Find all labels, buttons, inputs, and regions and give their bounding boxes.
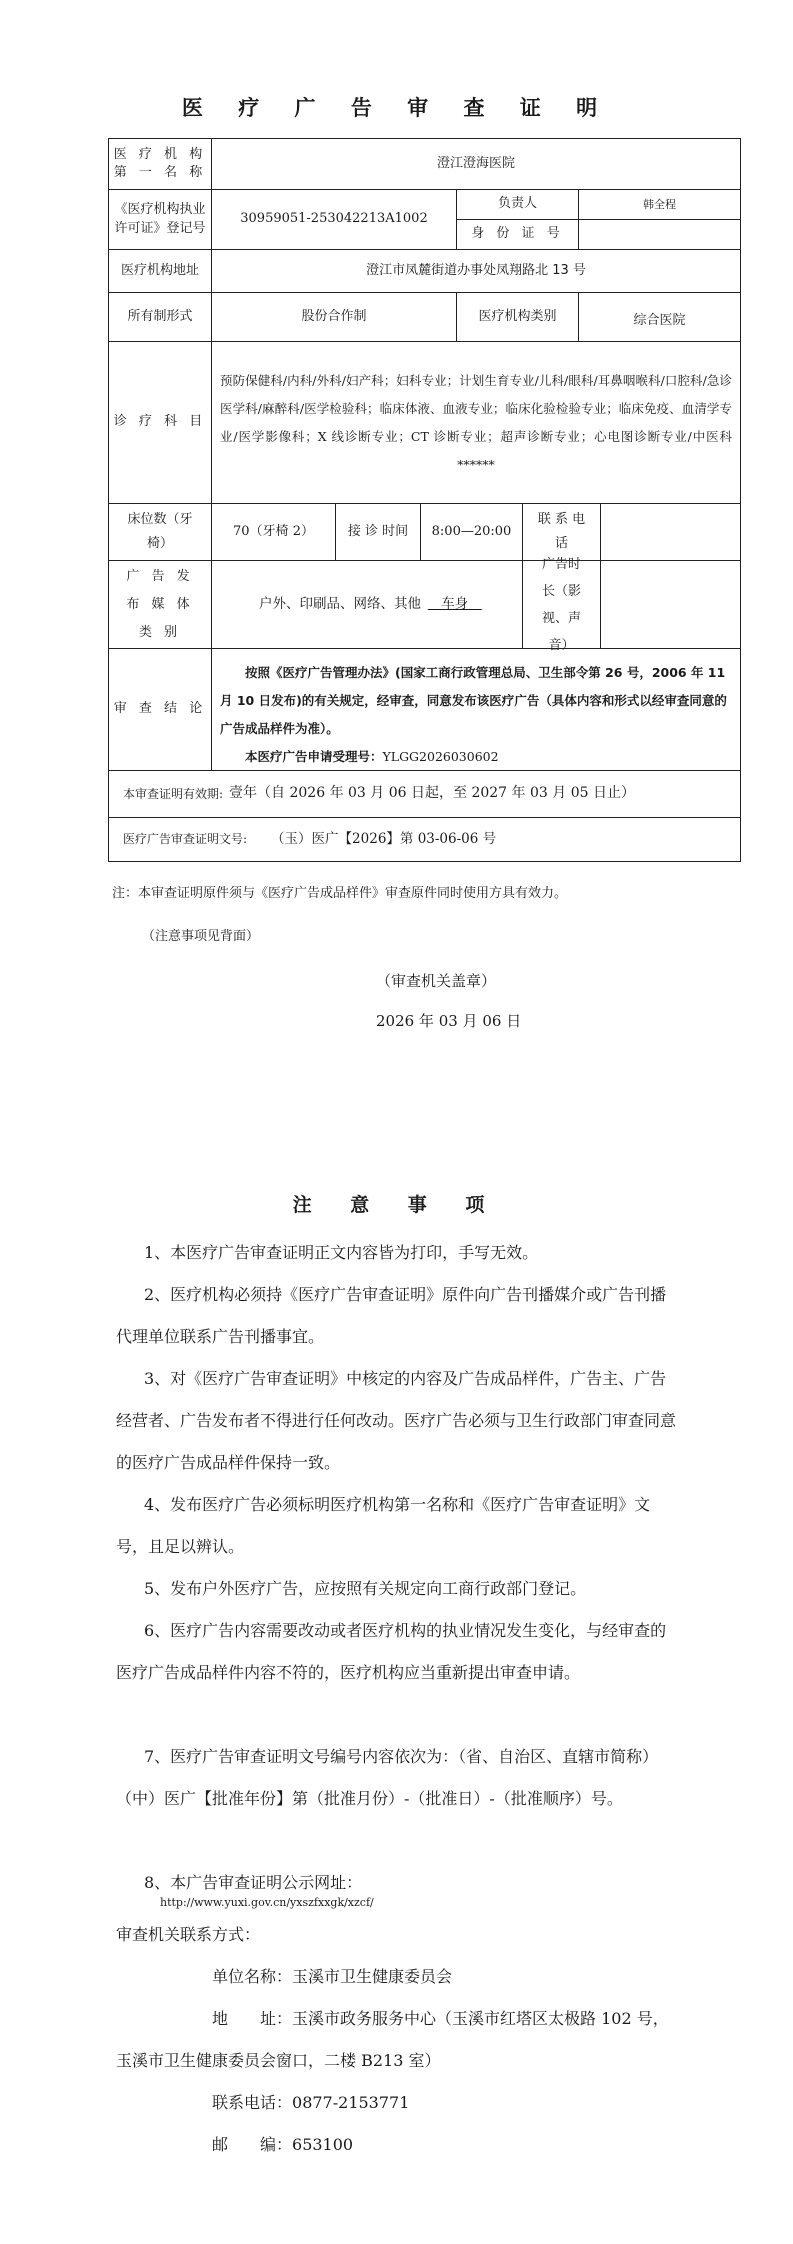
notice-item-7: 7、医疗广告审查证明文号编号内容依次为：（省、自治区、直辖市简称）（中）医广【批… bbox=[116, 1736, 676, 1820]
notice-item-7-text: 7、医疗广告审查证明文号编号内容依次为：（省、自治区、直辖市简称）（中）医广【批… bbox=[116, 1747, 658, 1808]
type-label: 医疗机构类别 bbox=[456, 292, 579, 342]
see-back-text: （注意事项见背面） bbox=[142, 925, 259, 944]
ownership-label: 所有制形式 bbox=[108, 292, 212, 342]
media-label: 广 告 发 布 媒 体 类 别 bbox=[108, 560, 212, 649]
postcode-label: 邮 编： bbox=[212, 2135, 292, 2154]
address-label: 医疗机构地址 bbox=[108, 249, 212, 293]
issue-date: 2026 年 03 月 06 日 bbox=[376, 1010, 521, 1031]
institution-name: 澄江澄海医院 bbox=[211, 138, 741, 190]
contact-unit: 单位名称：玉溪市卫生健康委员会 bbox=[116, 1956, 676, 1998]
contact-phone: 联系电话：0877-2153771 bbox=[116, 2082, 676, 2124]
certificate-table: 医 疗 机 构 第 一 名 称 澄江澄海医院 《医疗机构执业许可证》登记号 30… bbox=[108, 138, 741, 862]
media-types-list: 户外、印刷品、网络、其他 bbox=[259, 595, 421, 614]
notice-item-4: 4、发布医疗广告必须标明医疗机构第一名称和《医疗广告审查证明》文号，且足以辨认。 bbox=[116, 1484, 676, 1568]
doc-number-label: 医疗广告审查证明文号: bbox=[123, 831, 247, 848]
conclusion-text: 按照《医疗广告管理办法》(国家工商行政管理总局、卫生部令第 26 号，2006 … bbox=[220, 665, 727, 736]
unit-name: 玉溪市卫生健康委员会 bbox=[292, 1967, 452, 1986]
duration-value bbox=[600, 560, 741, 649]
phone-value bbox=[600, 503, 741, 561]
hours-value: 8:00—20:00 bbox=[420, 503, 523, 561]
unit-label: 单位名称： bbox=[212, 1967, 292, 1986]
page-title: 医 疗 广 告 审 查 证 明 bbox=[0, 92, 793, 122]
notice-title: 注 意 事 项 bbox=[0, 1190, 793, 1217]
contact-address: 地 址：玉溪市政务服务中心（玉溪市红塔区太极路 102 号，玉溪市卫生健康委员会… bbox=[116, 1998, 676, 2082]
notice-item-3: 3、对《医疗广告审查证明》中核定的内容及广告成品样件，广告主、广告经营者、广告发… bbox=[116, 1358, 676, 1484]
contact-phone-value: 0877-2153771 bbox=[292, 2093, 409, 2112]
application-label: 本医疗广告申请受理号： bbox=[245, 749, 383, 764]
id-value bbox=[578, 219, 741, 250]
treatment-subjects: 预防保健科/内科/外科/妇产科；妇科专业；计划生育专业/儿科/眼科/耳鼻咽喉科/… bbox=[211, 341, 741, 504]
notice-item-1-text: 1、本医疗广告审查证明正文内容皆为打印，手写无效。 bbox=[144, 1243, 538, 1262]
notice-item-8-text: 8、本广告审查证明公示网址： bbox=[144, 1873, 362, 1892]
doc-number: （玉）医广【2026】第 03-06-06 号 bbox=[271, 830, 496, 849]
phone-label-2: 联系电话： bbox=[212, 2093, 292, 2112]
responsible-person: 韩全程 bbox=[578, 189, 741, 220]
notice-item-5: 5、发布户外医疗广告，应按照有关规定向工商行政部门登记。 bbox=[116, 1568, 676, 1610]
id-label: 身 份 证 号 bbox=[456, 219, 579, 250]
duration-label: 广告时长（影视、声音） bbox=[522, 560, 601, 649]
application-number: YLGG2026030602 bbox=[383, 749, 499, 764]
notice-item-2: 2、医疗机构必须持《医疗广告审查证明》原件向广告刊播媒介或广告刊播代理单位联系广… bbox=[116, 1274, 676, 1358]
license-label: 《医疗机构执业许可证》登记号 bbox=[108, 189, 212, 250]
institution-name-label: 医 疗 机 构 第 一 名 称 bbox=[108, 138, 212, 190]
subjects-label: 诊 疗 科 目 bbox=[108, 341, 212, 504]
beds-label: 床位数（牙椅） bbox=[108, 503, 212, 561]
seal-text: （审查机关盖章） bbox=[376, 970, 496, 991]
validity-row: 本审查证明有效期: 壹年（自 2026 年 03 月 06 日起，至 2027 … bbox=[108, 770, 741, 818]
validity-label: 本审查证明有效期: bbox=[123, 786, 223, 803]
notice-item-2-text: 2、医疗机构必须持《医疗广告审查证明》原件向广告刊播媒介或广告刊播代理单位联系广… bbox=[116, 1285, 666, 1346]
notice-item-6: 6、医疗广告内容需要改动或者医疗机构的执业情况发生变化，与经审查的医疗广告成品样… bbox=[116, 1610, 676, 1694]
contact-postcode: 邮 编：653100 bbox=[116, 2124, 676, 2166]
institution-address: 澄江市凤麓街道办事处凤翔路北 13 号 bbox=[211, 249, 741, 293]
responsible-label: 负责人 bbox=[456, 189, 579, 220]
validity-period: 壹年（自 2026 年 03 月 06 日起，至 2027 年 03 月 05 … bbox=[229, 784, 635, 804]
license-number: 30959051-253042213A1002 bbox=[211, 189, 457, 250]
notice-item-5-text: 5、发布户外医疗广告，应按照有关规定向工商行政部门登记。 bbox=[144, 1579, 586, 1598]
conclusion: 按照《医疗广告管理办法》(国家工商行政管理总局、卫生部令第 26 号，2006 … bbox=[211, 648, 741, 771]
address-label-2: 地 址： bbox=[212, 2009, 292, 2028]
notice-item-1: 1、本医疗广告审查证明正文内容皆为打印，手写无效。 bbox=[116, 1232, 676, 1274]
note-text: 注：本审查证明原件须与《医疗广告成品样件》审查原件同时使用方具有效力。 bbox=[112, 882, 567, 901]
public-url-link[interactable]: http://www.yuxi.gov.cn/yxszfxxgk/xzcf/ bbox=[160, 1896, 374, 1909]
notice-item-4-text: 4、发布医疗广告必须标明医疗机构第一名称和《医疗广告审查证明》文号，且足以辨认。 bbox=[116, 1495, 650, 1556]
doc-number-row: 医疗广告审查证明文号: （玉）医广【2026】第 03-06-06 号 bbox=[108, 817, 741, 862]
institution-type: 综合医院 bbox=[578, 292, 741, 342]
media-other-value: 车身 bbox=[421, 595, 475, 614]
beds-count: 70（牙椅 2） bbox=[211, 503, 336, 561]
contact-address-value: 玉溪市政务服务中心（玉溪市红塔区太极路 102 号，玉溪市卫生健康委员会窗口，二… bbox=[116, 2009, 669, 2070]
postcode-value: 653100 bbox=[292, 2135, 353, 2154]
notice-item-3-text: 3、对《医疗广告审查证明》中核定的内容及广告成品样件，广告主、广告经营者、广告发… bbox=[116, 1369, 676, 1472]
ownership: 股份合作制 bbox=[211, 292, 457, 342]
notice-item-6-text: 6、医疗广告内容需要改动或者医疗机构的执业情况发生变化，与经审查的医疗广告成品样… bbox=[116, 1621, 666, 1682]
media-types: 户外、印刷品、网络、其他 车身 bbox=[211, 560, 523, 649]
contact-heading: 审查机关联系方式： bbox=[116, 1914, 676, 1956]
hours-label: 接 诊 时间 bbox=[335, 503, 421, 561]
conclusion-label: 审 查 结 论 bbox=[108, 648, 212, 771]
